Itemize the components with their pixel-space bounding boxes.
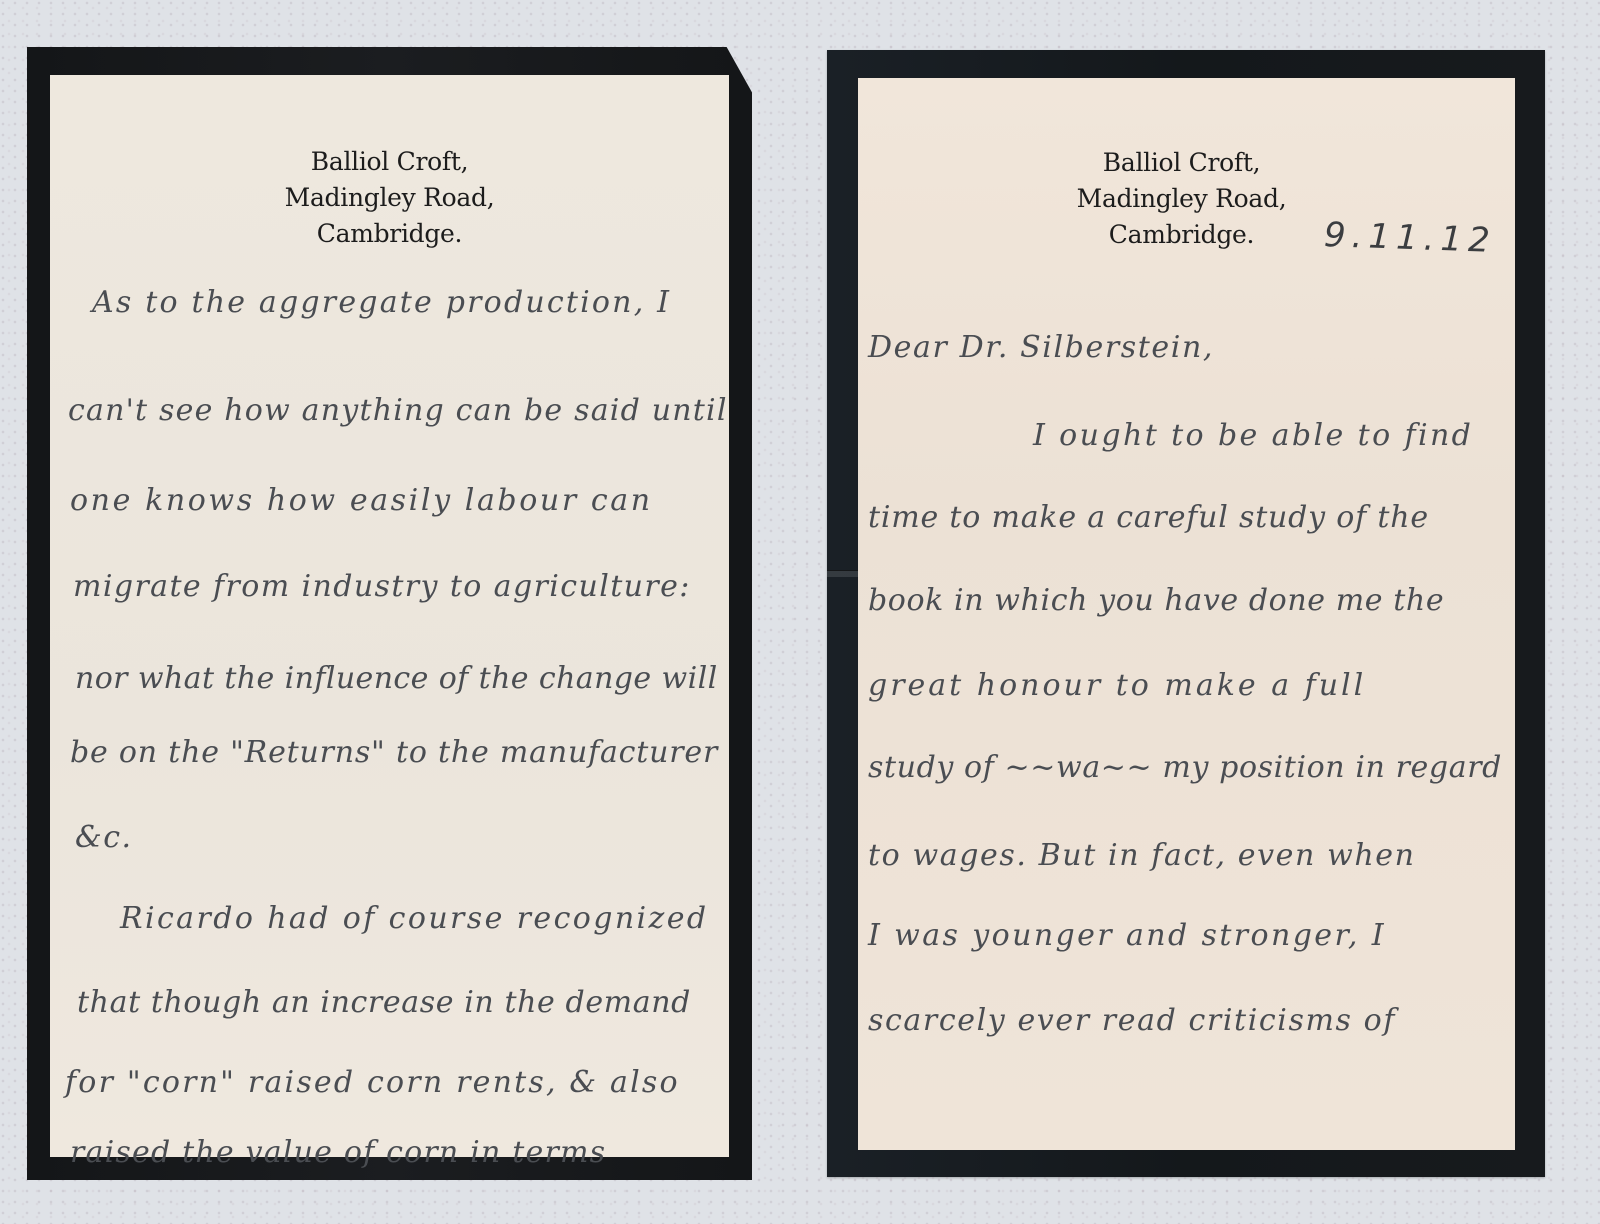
- handwritten-line: book in which you have done me the: [868, 583, 1444, 618]
- handwritten-line: great honour to make a full: [868, 668, 1366, 703]
- letterhead-line: Balliol Croft,: [848, 145, 1515, 181]
- letter-card-right: Balliol Croft, Madingley Road, Cambridge…: [827, 50, 1545, 1177]
- handwritten-line: migrate from industry to agriculture:: [73, 569, 691, 604]
- handwritten-line: time to make a careful study of the: [868, 500, 1429, 535]
- handwritten-line: &c.: [75, 820, 133, 855]
- handwritten-line: for "corn" raised corn rents, & also: [65, 1065, 680, 1100]
- handwritten-line: that though an increase in the demand: [77, 985, 691, 1020]
- handwritten-line: nor what the influence of the change wil…: [75, 661, 718, 696]
- handwritten-line: As to the aggregate production, I: [92, 285, 671, 320]
- handwritten-line: be on the "Returns" to the manufacturer: [70, 735, 718, 770]
- letter-card-left: Balliol Croft, Madingley Road, Cambridge…: [27, 47, 752, 1180]
- handwritten-line: one knows how easily labour can: [70, 483, 653, 518]
- handwritten-line: scarcely ever read criticisms of: [868, 1003, 1396, 1038]
- handwritten-line: I was younger and stronger, I: [868, 918, 1386, 953]
- salutation: Dear Dr. Silberstein,: [868, 330, 1214, 365]
- fold-crease: [827, 570, 858, 577]
- letterhead-line: Madingley Road,: [50, 180, 729, 216]
- handwritten-line: I ought to be able to find: [1033, 418, 1473, 453]
- letterhead-line: Madingley Road,: [848, 181, 1515, 217]
- handwritten-line: Ricardo had of course recognized: [120, 901, 709, 936]
- handwritten-date: 9.11.12: [1323, 215, 1496, 261]
- handwritten-line: to wages. But in fact, even when: [868, 838, 1416, 873]
- letterhead-line: Cambridge.: [50, 216, 729, 252]
- letter-paper-right: Balliol Croft, Madingley Road, Cambridge…: [858, 78, 1515, 1150]
- handwritten-line: study of ~~wa~~ my position in regard: [868, 750, 1502, 785]
- handwritten-line: can't see how anything can be said until: [68, 393, 728, 428]
- letterhead: Balliol Croft, Madingley Road, Cambridge…: [50, 144, 729, 252]
- handwritten-line: raised the value of corn in terms: [70, 1135, 606, 1170]
- letterhead-line: Balliol Croft,: [50, 144, 729, 180]
- letter-paper-left: Balliol Croft, Madingley Road, Cambridge…: [50, 75, 729, 1157]
